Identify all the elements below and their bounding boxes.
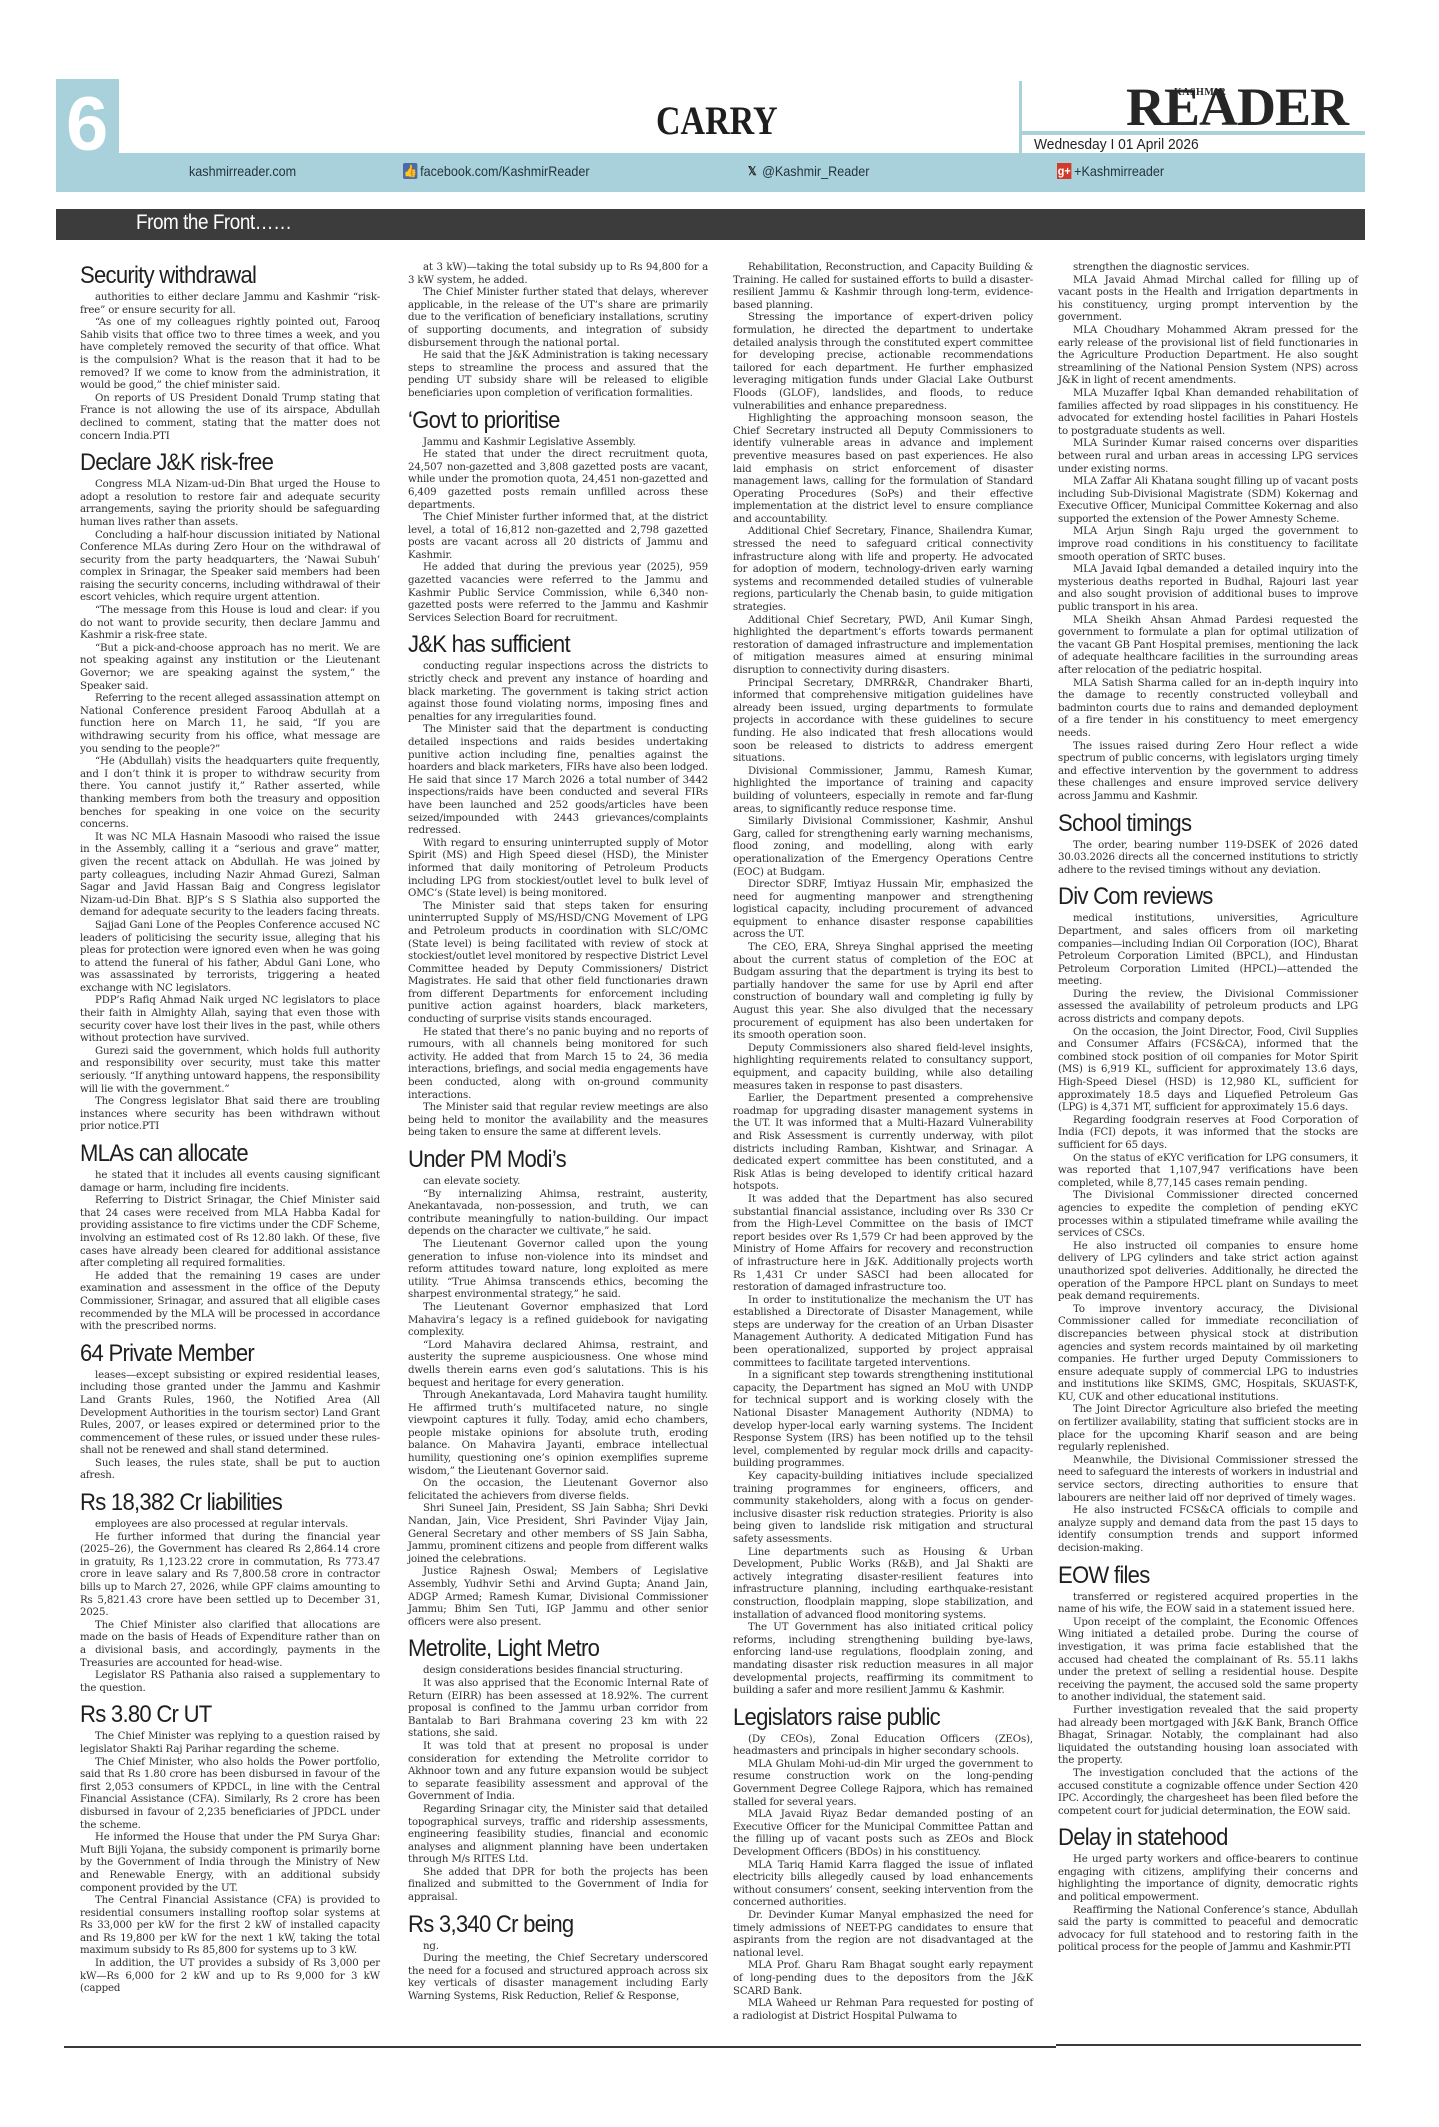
story-paragraph: He stated that there’s no panic buying a…: [408, 1027, 708, 1103]
news-story: Under PM Modi’scan elevate society.“By i…: [408, 1146, 708, 1629]
story-paragraph: Further investigation revealed that the …: [1058, 1705, 1358, 1768]
logo-rule: [1022, 131, 1365, 135]
story-paragraph: Stressing the importance of expert-drive…: [733, 312, 1033, 413]
story-paragraph: On reports of US President Donald Trump …: [80, 393, 380, 443]
google-plus-icon: g+: [1057, 163, 1071, 179]
story-paragraph: MLA Arjun Singh Raju urged the governmen…: [1058, 526, 1358, 564]
website-text: kashmirreader.com: [189, 163, 296, 179]
story-headline[interactable]: Delay in statehood: [1058, 1824, 1334, 1852]
news-story: Security withdrawalauthorities to either…: [80, 262, 380, 443]
news-story: Delay in statehoodHe urged party workers…: [1058, 1824, 1358, 1955]
story-paragraph: MLA Javaid Iqbal demanded a detailed inq…: [1058, 564, 1358, 614]
story-paragraph: Legislator RS Pathania also raised a sup…: [80, 1670, 380, 1695]
story-paragraph: Referring to District Srinagar, the Chie…: [80, 1195, 380, 1271]
story-headline[interactable]: 64 Private Member: [80, 1340, 356, 1368]
story-paragraph: “But a pick-and-choose approach has no m…: [80, 643, 380, 693]
story-paragraph: Sajjad Gani Lone of the Peoples Conferen…: [80, 920, 380, 996]
story-paragraph: Additional Chief Secretary, Finance, Sha…: [733, 526, 1033, 614]
website-link[interactable]: kashmirreader.com: [189, 163, 296, 179]
story-paragraph: Similarly Divisional Commissioner, Kashm…: [733, 816, 1033, 879]
story-paragraph: Meanwhile, the Divisional Commissioner s…: [1058, 1455, 1358, 1505]
news-story: Rs 3.80 Cr UTThe Chief Minister was repl…: [80, 1701, 380, 1995]
facebook-text: facebook.com/KashmirReader: [420, 163, 589, 179]
logo-kashmir-text: KASHMIR: [1174, 87, 1226, 98]
story-paragraph: He also instructed FCS&CA officials to c…: [1058, 1505, 1358, 1555]
story-paragraph: The Chief Minister also clarified that a…: [80, 1620, 380, 1670]
story-paragraph: “He (Abdullah) visits the headquarters q…: [80, 756, 380, 832]
story-paragraph: MLA Javaid Ahmad Mirchal called for fill…: [1058, 275, 1358, 325]
story-paragraph: conducting regular inspections across th…: [408, 661, 708, 724]
story-headline[interactable]: Metrolite, Light Metro: [408, 1635, 684, 1663]
story-paragraph: Rehabilitation, Reconstruction, and Capa…: [733, 262, 1033, 312]
story-paragraph: The Joint Director Agriculture also brie…: [1058, 1404, 1358, 1454]
story-paragraph: He further informed that during the fina…: [80, 1532, 380, 1620]
story-paragraph: ng.: [408, 1941, 708, 1954]
news-story: Rs 3,340 Cr beingng.During the meeting, …: [408, 1911, 708, 2004]
story-headline[interactable]: Rs 3.80 Cr UT: [80, 1701, 356, 1729]
story-paragraph: It was also apprised that the Economic I…: [408, 1678, 708, 1741]
story-paragraph: Justice Rajnesh Oswal; Members of Legisl…: [408, 1566, 708, 1629]
story-headline[interactable]: School timings: [1058, 810, 1334, 838]
story-paragraph: MLA Satish Sharma called for an in-depth…: [1058, 678, 1358, 741]
column-3: Rehabilitation, Reconstruction, and Capa…: [733, 262, 1033, 2029]
section-strip-label: From the Front……: [136, 211, 292, 235]
x-logo-icon: 𝕏: [745, 163, 759, 179]
story-headline[interactable]: Under PM Modi’s: [408, 1146, 684, 1174]
story-headline[interactable]: EOW files: [1058, 1562, 1334, 1590]
story-paragraph: MLA Javaid Riyaz Bedar demanded posting …: [733, 1809, 1033, 1859]
story-paragraph: Additional Chief Secretary, PWD, Anil Ku…: [733, 615, 1033, 678]
news-story: Rs 18,382 Cr liabilitiesemployees are al…: [80, 1489, 380, 1695]
news-story: 64 Private Memberleases—except subsistin…: [80, 1340, 380, 1483]
logo-reader-text: READER: [1126, 79, 1348, 135]
story-paragraph: Reaffirming the National Conference’s st…: [1058, 1905, 1358, 1955]
story-paragraph: The Divisional Commissioner directed con…: [1058, 1190, 1358, 1240]
story-paragraph: The Chief Minister was replying to a que…: [80, 1731, 380, 1756]
story-paragraph: He added that the remaining 19 cases are…: [80, 1271, 380, 1334]
story-paragraph: The Lieutenant Governor emphasized that …: [408, 1302, 708, 1340]
story-paragraph: It was added that the Department has als…: [733, 1194, 1033, 1295]
story-paragraph: On the occasion, the Joint Director, Foo…: [1058, 1027, 1358, 1115]
story-paragraph: MLA Prof. Gharu Ram Bhagat sought early …: [733, 1960, 1033, 1998]
column-1: Security withdrawalauthorities to either…: [80, 262, 380, 2002]
story-paragraph: The Lieutenant Governor called upon the …: [408, 1239, 708, 1302]
story-paragraph: Shri Suneel Jain, President, SS Jain Sab…: [408, 1503, 708, 1566]
news-story: J&K has sufficientconducting regular ins…: [408, 631, 708, 1140]
story-paragraph: In addition, the UT provides a subsidy o…: [80, 1958, 380, 1996]
story-paragraph: employees are also processed at regular …: [80, 1519, 380, 1532]
story-paragraph: “By internalizing Ahimsa, restraint, aus…: [408, 1189, 708, 1239]
story-paragraph: Referring to the recent alleged assassin…: [80, 693, 380, 756]
news-story: ‘Govt to prioritiseJammu and Kashmir Leg…: [408, 407, 708, 626]
story-paragraph: Principal Secretary, DMRR&R, Chandraker …: [733, 678, 1033, 766]
story-headline[interactable]: Rs 18,382 Cr liabilities: [80, 1489, 356, 1517]
newspaper-logo[interactable]: READER KASHMIR: [1126, 79, 1366, 135]
story-paragraph: The Chief Minister further informed that…: [408, 512, 708, 562]
column-4: strengthen the diagnostic services.MLA J…: [1058, 262, 1358, 1961]
story-paragraph: MLA Choudhary Mohammed Akram pressed for…: [1058, 325, 1358, 388]
story-paragraph: transferred or registered acquired prope…: [1058, 1592, 1358, 1617]
news-story: Div Com reviewsmedical institutions, uni…: [1058, 883, 1358, 1555]
story-paragraph: The UT Government has also initiated cri…: [733, 1622, 1033, 1698]
story-paragraph: MLA Surinder Kumar raised concerns over …: [1058, 438, 1358, 476]
story-paragraph: MLA Sheikh Ahsan Ahmad Pardesi requested…: [1058, 615, 1358, 678]
news-story: strengthen the diagnostic services.MLA J…: [1058, 262, 1358, 804]
story-paragraph: Gurezi said the government, which holds …: [80, 1046, 380, 1096]
story-paragraph: PDP’s Rafiq Ahmad Naik urged NC legislat…: [80, 995, 380, 1045]
story-paragraph: at 3 kW)—taking the total subsidy up to …: [408, 262, 708, 287]
masthead: 6 CARRY READER KASHMIR Wednesday I 01 Ap…: [56, 79, 1365, 192]
story-paragraph: authorities to either declare Jammu and …: [80, 292, 380, 317]
story-paragraph: The order, bearing number 119-DSEK of 20…: [1058, 840, 1358, 878]
story-paragraph: On the occasion, the Lieutenant Governor…: [408, 1478, 708, 1503]
story-headline[interactable]: Rs 3,340 Cr being: [408, 1911, 684, 1939]
column-2: at 3 kW)—taking the total subsidy up to …: [408, 262, 708, 2010]
story-paragraph: Earlier, the Department presented a comp…: [733, 1093, 1033, 1194]
twitter-text: @Kashmir_Reader: [762, 163, 869, 179]
story-headline[interactable]: Security withdrawal: [80, 262, 356, 290]
story-paragraph: He also instructed oil companies to ensu…: [1058, 1241, 1358, 1304]
story-paragraph: Dr. Devinder Kumar Manyal emphasized the…: [733, 1910, 1033, 1960]
news-story: EOW filestransferred or registered acqui…: [1058, 1562, 1358, 1819]
story-paragraph: It was NC MLA Hasnain Masoodi who raised…: [80, 832, 380, 920]
story-paragraph: He added that during the previous year (…: [408, 562, 708, 625]
story-paragraph: The Chief Minister, who also holds the P…: [80, 1757, 380, 1833]
story-paragraph: Key capacity-building initiatives includ…: [733, 1471, 1033, 1547]
story-paragraph: strengthen the diagnostic services.: [1058, 262, 1358, 275]
news-story: MLAs can allocatehe stated that it inclu…: [80, 1140, 380, 1334]
story-paragraph: It was told that at present no proposal …: [408, 1741, 708, 1804]
story-paragraph: The issues raised during Zero Hour refle…: [1058, 741, 1358, 804]
twitter-link[interactable]: 𝕏 @Kashmir_Reader: [745, 163, 869, 179]
story-paragraph: Regarding foodgrain reserves at Food Cor…: [1058, 1115, 1358, 1153]
story-paragraph: (Dy CEOs), Zonal Education Officers (ZEO…: [733, 1734, 1033, 1759]
story-paragraph: Congress MLA Nizam-ud-Din Bhat urged the…: [80, 479, 380, 529]
story-paragraph: Jammu and Kashmir Legislative Assembly.: [408, 437, 708, 450]
page-section-title: CARRY: [656, 97, 778, 144]
story-paragraph: Line departments such as Housing & Urban…: [733, 1547, 1033, 1623]
issue-date: Wednesday I 01 April 2026: [1034, 136, 1199, 153]
story-paragraph: The Minister said that the department is…: [408, 724, 708, 837]
story-paragraph: Director SDRF, Imtiyaz Hussain Mir, emph…: [733, 879, 1033, 942]
story-paragraph: He said that the J&K Administration is t…: [408, 350, 708, 400]
story-paragraph: Through Anekantavada, Lord Mahavira taug…: [408, 1390, 708, 1478]
story-headline[interactable]: J&K has sufficient: [408, 631, 684, 659]
story-paragraph: He stated that under the direct recruitm…: [408, 449, 708, 512]
story-headline[interactable]: Declare J&K risk-free: [80, 449, 356, 477]
story-headline[interactable]: Div Com reviews: [1058, 883, 1334, 911]
story-paragraph: leases—except subsisting or expired resi…: [80, 1370, 380, 1458]
story-headline[interactable]: MLAs can allocate: [80, 1140, 356, 1168]
news-story: at 3 kW)—taking the total subsidy up to …: [408, 262, 708, 401]
googleplus-link[interactable]: g+ +Kashmirreader: [1057, 163, 1164, 179]
story-paragraph: “The message from this House is loud and…: [80, 605, 380, 643]
story-paragraph: Upon receipt of the complaint, the Econo…: [1058, 1617, 1358, 1705]
story-paragraph: medical institutions, universities, Agri…: [1058, 913, 1358, 989]
story-paragraph: Such leases, the rules state, shall be p…: [80, 1458, 380, 1483]
story-paragraph: With regard to ensuring uninterrupted su…: [408, 838, 708, 901]
story-paragraph: Concluding a half-hour discussion initia…: [80, 530, 380, 606]
news-story: Rehabilitation, Reconstruction, and Capa…: [733, 262, 1033, 1698]
story-paragraph: The Central Financial Assistance (CFA) i…: [80, 1895, 380, 1958]
story-paragraph: The investigation concluded that the act…: [1058, 1768, 1358, 1818]
story-paragraph: To improve inventory accuracy, the Divis…: [1058, 1304, 1358, 1405]
story-paragraph: Deputy Commissioners also shared field-l…: [733, 1043, 1033, 1093]
story-paragraph: In a significant step towards strengthen…: [733, 1370, 1033, 1471]
story-paragraph: MLA Waheed ur Rehman Para requested for …: [733, 1998, 1033, 2023]
masthead-divider: [1019, 81, 1022, 153]
story-paragraph: The Chief Minister further stated that d…: [408, 287, 708, 350]
story-paragraph: The Congress legislator Bhat said there …: [80, 1096, 380, 1134]
story-paragraph: “Lord Mahavira declared Ahimsa, restrain…: [408, 1340, 708, 1390]
story-paragraph: “As one of my colleagues rightly pointed…: [80, 317, 380, 393]
story-paragraph: Regarding Srinagar city, the Minister sa…: [408, 1804, 708, 1867]
googleplus-text: +Kashmirreader: [1074, 163, 1164, 179]
section-strip: From the Front……: [56, 209, 1365, 240]
news-story: Metrolite, Light Metrodesign considerati…: [408, 1635, 708, 1904]
story-paragraph: he stated that it includes all events ca…: [80, 1170, 380, 1195]
news-story: Legislators raise public(Dy CEOs), Zonal…: [733, 1704, 1033, 2024]
story-paragraph: During the meeting, the Chief Secretary …: [408, 1953, 708, 2003]
story-paragraph: MLA Zaffar Ali Khatana sought filling up…: [1058, 476, 1358, 526]
story-paragraph: can elevate society.: [408, 1176, 708, 1189]
facebook-link[interactable]: 👍 facebook.com/KashmirReader: [403, 163, 590, 179]
story-paragraph: MLA Tariq Hamid Karra flagged the issue …: [733, 1860, 1033, 1910]
story-paragraph: In order to institutionalize the mechani…: [733, 1295, 1033, 1371]
story-paragraph: Highlighting the approaching monsoon sea…: [733, 413, 1033, 526]
story-paragraph: She added that DPR for both the projects…: [408, 1867, 708, 1905]
story-paragraph: Divisional Commissioner, Jammu, Ramesh K…: [733, 766, 1033, 816]
story-paragraph: On the status of eKYC verification for L…: [1058, 1153, 1358, 1191]
story-paragraph: He urged party workers and office-bearer…: [1058, 1854, 1358, 1904]
story-paragraph: The CEO, ERA, Shreya Singhal apprised th…: [733, 942, 1033, 1043]
story-headline[interactable]: Legislators raise public: [733, 1704, 1009, 1732]
story-paragraph: The Minister said that steps taken for e…: [408, 901, 708, 1027]
bottom-rule-right: [1056, 2044, 1361, 2046]
story-paragraph: During the review, the Divisional Commis…: [1058, 989, 1358, 1027]
bottom-rule-left: [64, 2046, 1056, 2048]
story-paragraph: design considerations besides financial …: [408, 1665, 708, 1678]
facebook-like-icon: 👍: [403, 163, 417, 179]
social-bar: kashmirreader.com 👍 facebook.com/Kashmir…: [56, 153, 1365, 192]
story-paragraph: MLA Ghulam Mohi-ud-din Mir urged the gov…: [733, 1759, 1033, 1809]
news-story: Declare J&K risk-freeCongress MLA Nizam-…: [80, 449, 380, 1134]
story-paragraph: The Minister said that regular review me…: [408, 1102, 708, 1140]
story-paragraph: He informed the House that under the PM …: [80, 1832, 380, 1895]
news-story: School timingsThe order, bearing number …: [1058, 810, 1358, 878]
story-paragraph: MLA Muzaffer Iqbal Khan demanded rehabil…: [1058, 388, 1358, 438]
story-headline[interactable]: ‘Govt to prioritise: [408, 407, 684, 435]
